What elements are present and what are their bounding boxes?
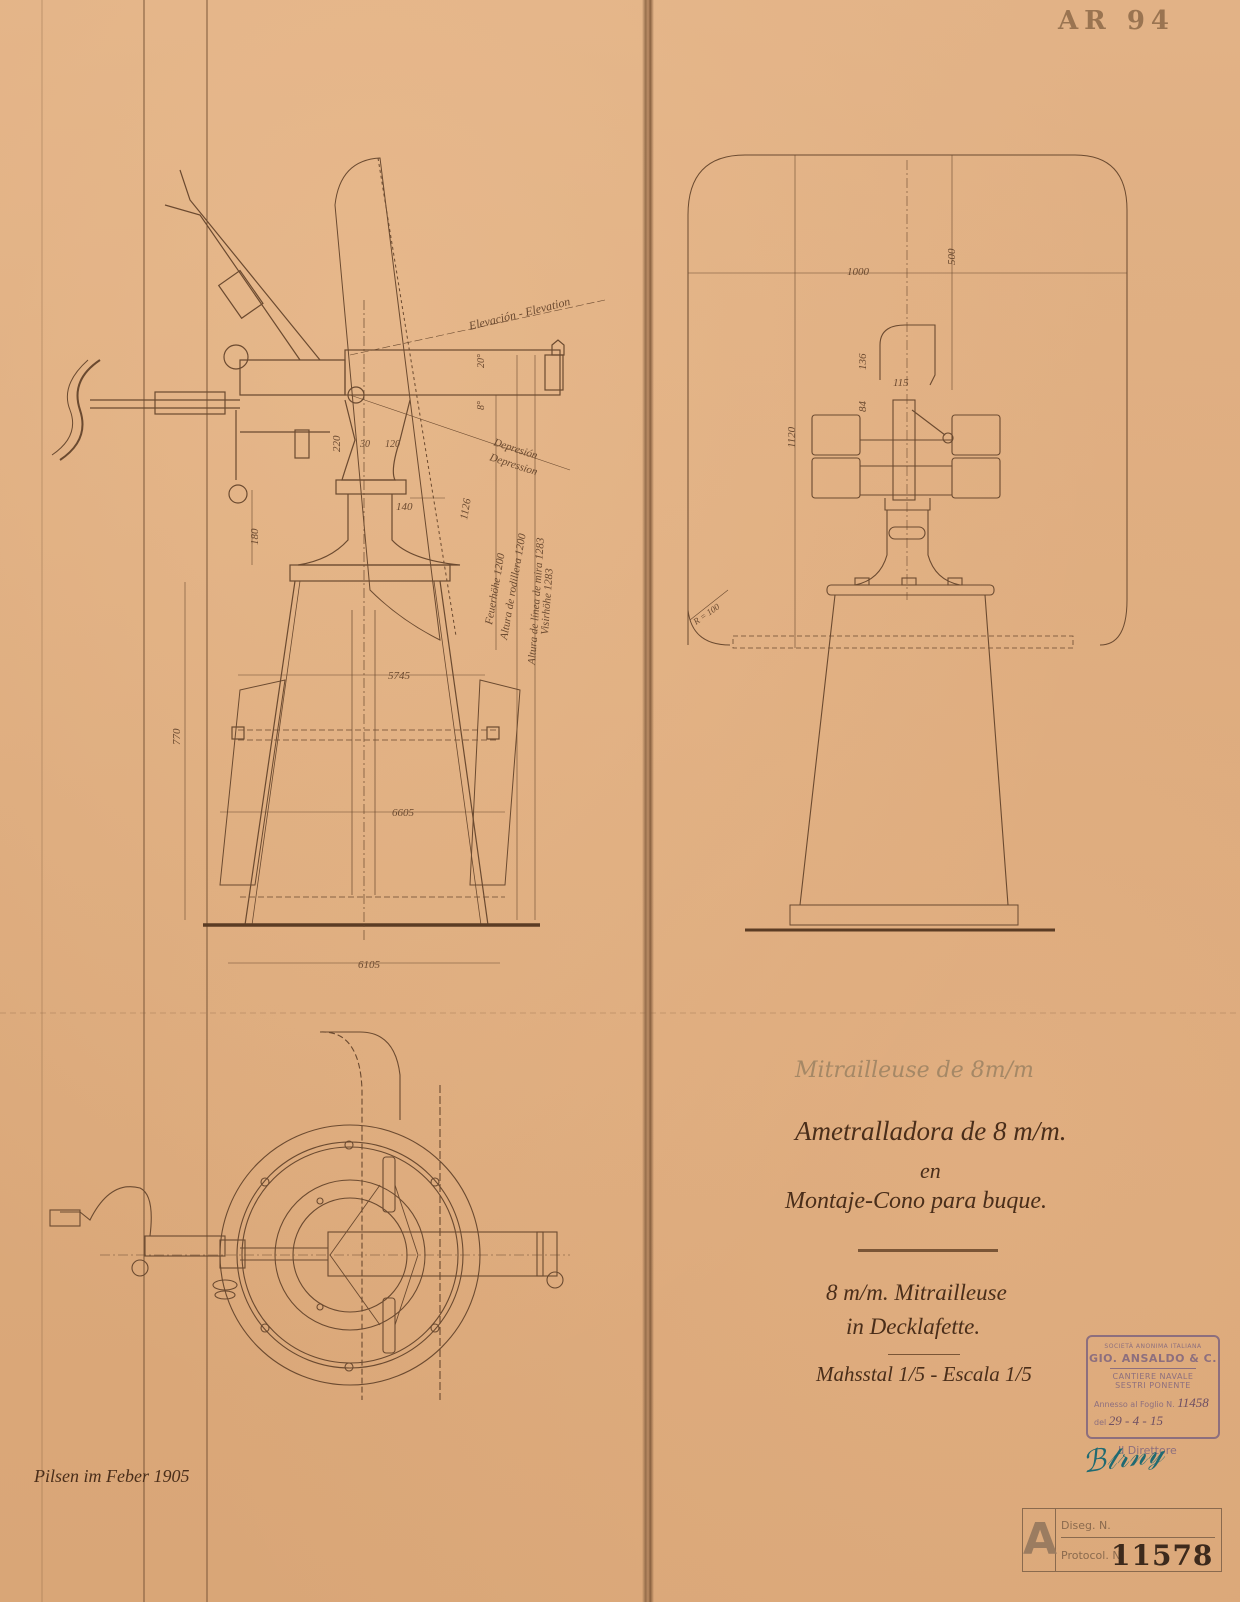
stamp-company-type: SOCIETÀ ANONIMA ITALIANA xyxy=(1088,1343,1218,1350)
stamp-annex-label: Annesso al Foglio N. xyxy=(1094,1400,1175,1409)
svg-text:1120: 1120 xyxy=(786,426,798,448)
archive-mark: AR 94 xyxy=(1058,6,1175,36)
stamp-annex-value: 11458 xyxy=(1177,1395,1209,1410)
archive-box: A Diseg. N. Protocol. N. 11578 xyxy=(1022,1508,1222,1572)
stamp-date-label: del xyxy=(1094,1418,1106,1427)
elevation-label: Elevación - Elevation xyxy=(466,294,571,333)
stamp-divider xyxy=(1110,1368,1196,1369)
title-mount: Montaje-Cono para buque. xyxy=(785,1188,1047,1215)
svg-text:500: 500 xyxy=(946,248,958,265)
top-view-drawing xyxy=(50,1032,570,1400)
scale-note: Mahsstal 1/5 - Escala 1/5 xyxy=(816,1362,1032,1387)
svg-text:136: 136 xyxy=(857,353,869,370)
front-view-drawing xyxy=(688,155,1127,930)
scale-divider xyxy=(888,1354,960,1355)
ansaldo-stamp: SOCIETÀ ANONIMA ITALIANA GIO. ANSALDO & … xyxy=(1086,1335,1220,1439)
svg-text:5745: 5745 xyxy=(388,670,411,682)
svg-text:120: 120 xyxy=(385,439,400,450)
svg-text:115: 115 xyxy=(893,377,909,389)
title-divider xyxy=(858,1249,998,1252)
svg-text:84: 84 xyxy=(857,401,869,413)
disegno-label: Diseg. N. xyxy=(1061,1515,1215,1538)
svg-text:Altura de rodillera 1200: Altura de rodillera 1200 xyxy=(498,532,529,641)
svg-text:770: 770 xyxy=(171,728,183,745)
stamp-date-value: 29 - 4 - 15 xyxy=(1109,1413,1163,1428)
svg-text:20°: 20° xyxy=(476,354,487,368)
title-german-line2: in Decklafette. xyxy=(846,1314,980,1340)
stamp-date-row: del 29 - 4 - 15 xyxy=(1094,1413,1218,1429)
protocol-number: 11578 xyxy=(1111,1539,1213,1572)
svg-text:6605: 6605 xyxy=(392,807,415,819)
stamp-location: SESTRI PONENTE xyxy=(1088,1381,1218,1390)
stamp-company-name: GIO. ANSALDO & C. xyxy=(1088,1352,1218,1365)
svg-text:8°: 8° xyxy=(476,401,487,410)
title-german-line1: 8 m/m. Mitrailleuse xyxy=(826,1280,1007,1306)
svg-text:1126: 1126 xyxy=(458,497,474,520)
svg-text:180: 180 xyxy=(249,528,261,545)
svg-text:140: 140 xyxy=(396,501,413,513)
svg-text:30: 30 xyxy=(359,439,370,450)
title-spanish: Ametralladora de 8 m/m. xyxy=(795,1116,1066,1147)
stamp-shipyard: CANTIERE NAVALE xyxy=(1088,1372,1218,1381)
technical-drawing: Elevación - Elevation Depresión Depressi… xyxy=(0,0,1240,1602)
svg-text:R = 100: R = 100 xyxy=(691,601,722,627)
title-connector: en xyxy=(920,1158,941,1184)
pencil-note: Mitrailleuse de 8m/m xyxy=(795,1058,1034,1083)
svg-text:6105: 6105 xyxy=(358,959,381,971)
svg-text:1000: 1000 xyxy=(847,266,870,278)
place-date: Pilsen im Feber 1905 xyxy=(34,1466,189,1487)
archive-letter: A xyxy=(1023,1509,1056,1571)
stamp-annex-row: Annesso al Foglio N. 11458 xyxy=(1094,1395,1218,1411)
svg-text:220: 220 xyxy=(331,435,343,452)
sheet-fold-line xyxy=(642,0,654,1602)
